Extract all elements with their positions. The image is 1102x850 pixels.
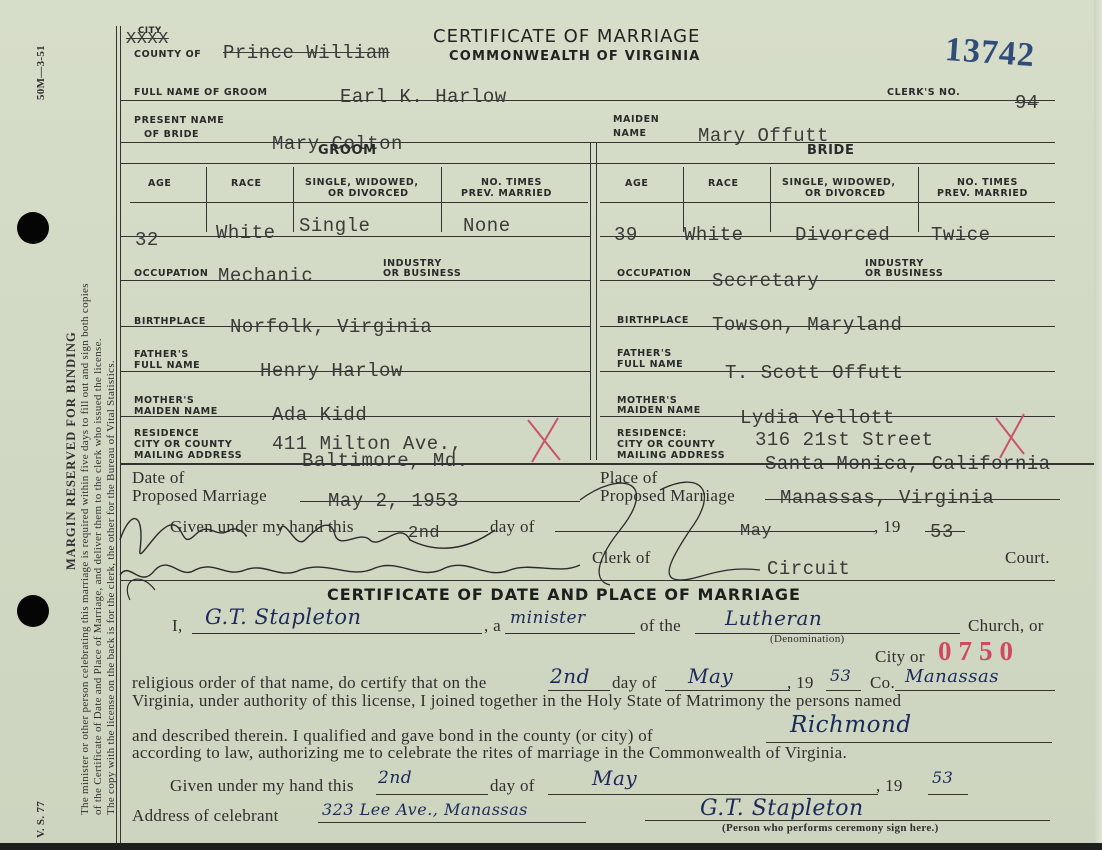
license-day-rule	[378, 531, 488, 532]
officiant-name-rule	[192, 633, 482, 634]
marriage-place: Manassas	[905, 666, 999, 687]
groom-race-value: White	[216, 222, 276, 244]
groom-race-header: RACE	[231, 178, 262, 189]
bride-table-header-rule	[600, 202, 1055, 203]
bride-birthplace-label: BIRTHPLACE	[617, 315, 689, 326]
bride-mother-rule	[600, 416, 1055, 417]
bride-father-label-1: FATHER'S	[617, 348, 672, 359]
marriage-year: 53	[830, 666, 851, 685]
cert-given-day-rule	[376, 794, 488, 795]
form-code-top: 50M—3-51	[35, 45, 47, 100]
groom-residence-label-3: MAILING ADDRESS	[134, 450, 242, 461]
cert-given-day: 2nd	[378, 768, 412, 788]
margin-instruction-line-2: of the Certificate of Date and Place of …	[92, 338, 104, 815]
license-day-of-text: day of	[490, 517, 535, 537]
celebrant-address-rule	[318, 822, 586, 823]
groom-mother-value: Ada Kidd	[272, 404, 367, 426]
bride-col-divider-2	[770, 167, 771, 232]
clerk-signature-rule	[120, 580, 1055, 581]
bride-times-value: Twice	[931, 224, 991, 246]
rule-section	[120, 163, 1055, 164]
groom-status-header-1: SINGLE, WIDOWED,	[305, 177, 419, 188]
signature-caption: (Person who performs ceremony sign here.…	[722, 822, 939, 834]
bride-father-value: T. Scott Offutt	[725, 362, 904, 384]
page-bottom-edge	[0, 843, 1102, 850]
place-rule	[765, 499, 1060, 500]
groom-times-value: None	[463, 215, 511, 237]
border-left-outer	[116, 26, 117, 843]
divider-groom-bride-1	[590, 142, 591, 460]
rule-names	[120, 142, 1055, 143]
license-year-prefix: , 19	[874, 517, 901, 537]
divider-groom-bride-2	[596, 142, 597, 460]
binding-hole-top	[17, 212, 49, 244]
cert-given-text: Given under my hand this	[170, 776, 354, 796]
bride-father-label-2: FULL NAME	[617, 359, 683, 370]
license-month-rule	[555, 531, 875, 532]
bride-age-value: 39	[614, 224, 638, 246]
groom-section-label: GROOM	[318, 145, 377, 156]
rule-header	[120, 100, 1055, 101]
bride-present-label-2: OF BRIDE	[144, 129, 199, 140]
bride-birthplace-value: Towson, Maryland	[712, 314, 902, 336]
certificate-section-title: CERTIFICATE OF DATE AND PLACE OF MARRIAG…	[327, 585, 801, 604]
bride-maiden-label-1: MAIDEN	[613, 114, 659, 125]
bride-maiden-label-2: NAME	[613, 128, 647, 139]
bride-residence-line-1: 316 21st Street	[755, 429, 934, 451]
document-subtitle: COMMONWEALTH OF VIRGINIA	[449, 49, 701, 64]
officiant-title-rule	[505, 633, 635, 634]
bride-race-value: White	[684, 224, 744, 246]
groom-residence-line-2: Baltimore, Md.	[302, 450, 469, 472]
groom-age-header: AGE	[148, 178, 171, 189]
groom-status-header-2: OR DIVORCED	[328, 188, 409, 199]
bride-col-divider-1	[683, 167, 684, 232]
groom-name-label: FULL NAME OF GROOM	[134, 87, 268, 98]
cert-day-of-text: day of	[612, 673, 657, 693]
page-right-edge	[1094, 0, 1102, 843]
cert-of-the-text: of the	[640, 616, 681, 636]
bride-father-rule	[600, 371, 1055, 372]
date-label-2: Proposed Marriage	[132, 486, 267, 506]
cert-line-1: religious order of that name, do certify…	[132, 673, 487, 693]
cert-given-month-rule	[548, 794, 878, 795]
bride-occupation-value: Secretary	[712, 270, 819, 292]
groom-occupation-value: Mechanic	[218, 265, 313, 287]
groom-age-row-rule	[120, 236, 590, 237]
bride-status-header-2: OR DIVORCED	[805, 188, 886, 199]
margin-reserved-label: MARGIN RESERVED FOR BINDING	[64, 331, 79, 570]
bride-status-header-1: SINGLE, WIDOWED,	[782, 177, 896, 188]
clerk-no-label: CLERK'S NO.	[887, 87, 960, 98]
cert-i-text: I,	[172, 616, 183, 636]
bride-status-value: Divorced	[795, 224, 890, 246]
groom-birthplace-rule	[120, 326, 590, 327]
groom-father-label-2: FULL NAME	[134, 360, 200, 371]
bride-age-row-rule	[600, 236, 1055, 237]
cert-a-text: , a	[484, 616, 501, 636]
bride-residence-label-1: RESIDENCE:	[617, 428, 687, 439]
city-or-text: City or	[875, 647, 925, 667]
cert-line-4: according to law, authorizing me to cele…	[132, 743, 847, 763]
form-code-bottom: V. S. 77	[35, 801, 47, 838]
clerk-of-text: Clerk of	[592, 548, 651, 568]
groom-name-value: Earl K. Harlow	[340, 86, 507, 108]
court-text: Court.	[1005, 548, 1050, 568]
marriage-day: 2nd	[550, 664, 590, 688]
groom-red-x-mark	[524, 416, 564, 464]
groom-occupation-label: OCCUPATION	[134, 268, 208, 279]
groom-col-divider-1	[206, 167, 207, 232]
cert-given-month: May	[592, 766, 637, 790]
bride-red-x-mark	[990, 412, 1030, 460]
place-label-2: Proposed Marriage	[600, 486, 735, 506]
county-value: Prince William	[223, 42, 390, 64]
church-or-text: Church, or	[968, 616, 1044, 636]
bride-age-header: AGE	[625, 178, 648, 189]
groom-age-value: 32	[135, 229, 159, 251]
bride-occupation-label: OCCUPATION	[617, 268, 691, 279]
bride-times-header-2: PREV. MARRIED	[937, 188, 1028, 199]
groom-times-header-1: NO. TIMES	[481, 177, 542, 188]
clerk-no-value: 94	[1015, 92, 1039, 114]
marriage-certificate-page: 50M—3-51 V. S. 77 MARGIN RESERVED FOR BI…	[0, 0, 1102, 850]
registration-stamp-number: 0750	[938, 636, 1020, 667]
court-name-value: Circuit	[767, 558, 850, 580]
groom-occupation-rule	[120, 280, 590, 281]
bride-present-label-1: PRESENT NAME	[134, 115, 224, 126]
license-given-text: Given under my hand this	[170, 517, 354, 537]
groom-father-rule	[120, 371, 590, 372]
bride-race-header: RACE	[708, 178, 739, 189]
denomination-value: Lutheran	[725, 606, 822, 630]
celebrant-signature: G.T. Stapleton	[700, 796, 864, 821]
border-left-inner	[120, 26, 121, 843]
bride-mother-value: Lydia Yellott	[740, 407, 895, 429]
bride-section-label: BRIDE	[807, 145, 854, 156]
groom-residence-label-1: RESIDENCE	[134, 428, 199, 439]
cert-given-day-of-text: day of	[490, 776, 535, 796]
celebrant-address-label: Address of celebrant	[132, 806, 279, 826]
city-struck-value: XXXX	[126, 30, 169, 49]
bride-occupation-rule	[600, 280, 1055, 281]
bride-residence-label-2: CITY OR COUNTY	[617, 439, 715, 450]
bride-times-header-1: NO. TIMES	[957, 177, 1018, 188]
license-given-year: 53	[930, 521, 954, 543]
officiant-name: G.T. Stapleton	[205, 605, 362, 629]
cert-given-year: 53	[932, 768, 953, 787]
bride-mother-label-2: MAIDEN NAME	[617, 405, 701, 416]
groom-industry-label-2: OR BUSINESS	[383, 268, 461, 279]
place-label-1: Place of	[600, 468, 658, 488]
bride-birthplace-rule	[600, 326, 1055, 327]
celebrant-signature-rule	[645, 820, 1050, 821]
denomination-caption: (Denomination)	[770, 633, 844, 645]
groom-times-header-2: PREV. MARRIED	[461, 188, 552, 199]
officiant-title: minister	[510, 608, 586, 628]
groom-status-value: Single	[299, 215, 370, 237]
celebrant-address-value: 323 Lee Ave., Manassas	[322, 800, 528, 819]
groom-residence-label-2: CITY OR COUNTY	[134, 439, 232, 450]
groom-mother-rule	[120, 416, 590, 417]
marriage-place-rule	[895, 690, 1055, 691]
date-label-1: Date of	[132, 468, 185, 488]
groom-col-divider-3	[441, 167, 442, 232]
groom-table-header-rule	[130, 202, 588, 203]
cert-given-year-rule	[928, 794, 968, 795]
cert-line-2: Virginia, under authority of this licens…	[132, 691, 901, 711]
marriage-month: May	[688, 664, 733, 688]
date-rule	[300, 501, 580, 502]
groom-col-divider-2	[293, 167, 294, 232]
groom-father-label-1: FATHER'S	[134, 349, 189, 360]
groom-mother-label-1: MOTHER'S	[134, 395, 194, 406]
bond-place: Richmond	[790, 712, 912, 738]
bride-col-divider-3	[918, 167, 919, 232]
cert-given-year-prefix: , 19	[876, 776, 903, 796]
rule-license-top	[120, 463, 1095, 465]
certificate-number-stamp: 13742	[944, 31, 1036, 75]
license-year-rule	[925, 531, 965, 532]
bride-residence-label-3: MAILING ADDRESS	[617, 450, 725, 461]
bride-industry-label-2: OR BUSINESS	[865, 268, 943, 279]
cert-year-prefix: , 19	[787, 673, 814, 693]
cert-co-text: Co.	[870, 673, 895, 693]
license-given-day: 2nd	[408, 524, 440, 543]
binding-hole-bottom	[17, 595, 49, 627]
proposed-place-value: Manassas, Virginia	[780, 487, 994, 509]
county-label: COUNTY OF	[134, 49, 201, 60]
margin-instruction-line-1: The minister or other person celebrating…	[79, 283, 91, 815]
document-title: CERTIFICATE OF MARRIAGE	[433, 26, 700, 47]
groom-birthplace-value: Norfolk, Virginia	[230, 316, 432, 338]
